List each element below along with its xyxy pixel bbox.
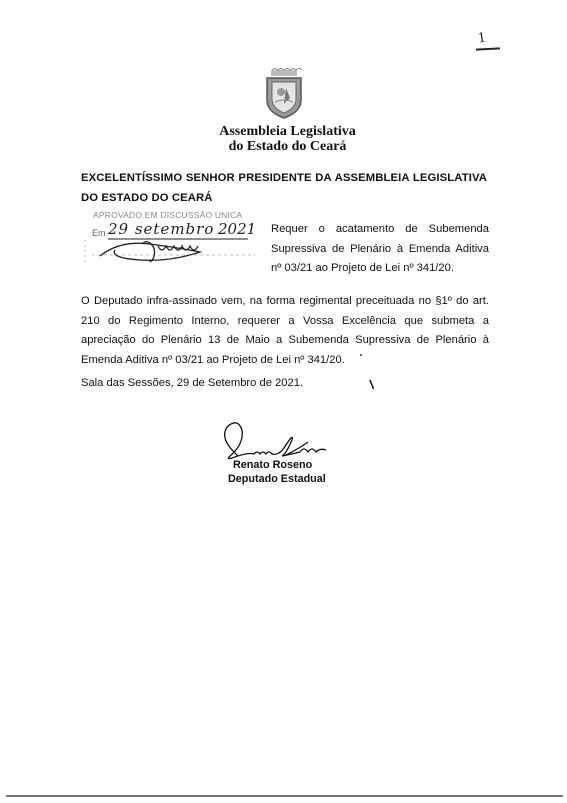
page-number: 1: [477, 30, 487, 48]
closing-place-date: Sala das Sessões, 29 de Setembro de 2021…: [81, 377, 303, 389]
institution-name-line2: do Estado do Ceará: [4, 139, 567, 154]
page-number-underline: [476, 47, 500, 50]
approval-signature-icon: [80, 210, 260, 270]
addressee-heading: EXCELENTÍSSIMO SENHOR PRESIDENTE DA ASSE…: [81, 168, 487, 208]
state-coat-of-arms-icon: [259, 68, 309, 120]
stray-pen-mark: \: [369, 377, 375, 392]
institution-name-line1: Assembleia Legislativa: [4, 124, 567, 139]
footer-divider: [6, 795, 563, 797]
signer-role: Deputado Estadual: [228, 473, 326, 485]
body-paragraph: O Deputado infra-assinado vem, na forma …: [81, 292, 489, 370]
request-summary: Requer o acatamento de Subemenda Supress…: [271, 220, 489, 279]
signer-name: Renato Roseno: [233, 459, 312, 471]
stray-dot-mark: [360, 354, 362, 356]
